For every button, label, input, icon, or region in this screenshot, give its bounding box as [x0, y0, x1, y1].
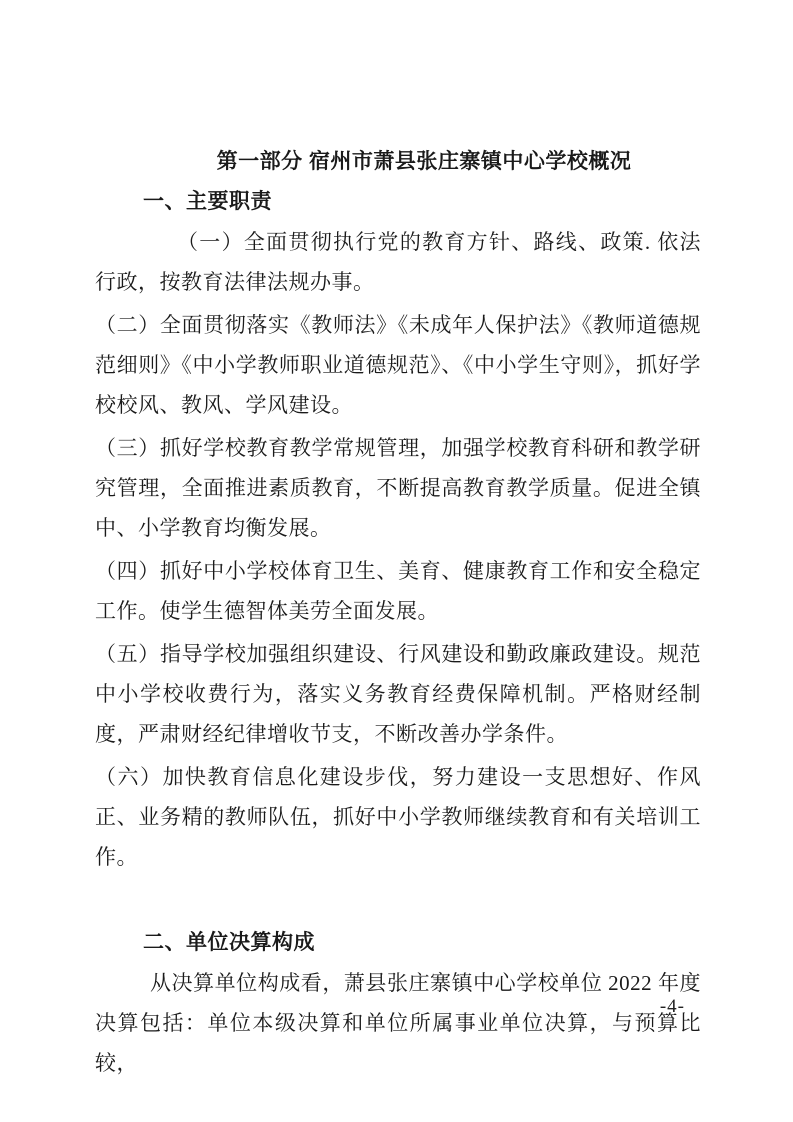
paragraph-duty-1: （一）全面贯彻执行党的教育方针、路线、政策. 依法行政，按教育法律法规办事。	[95, 222, 701, 302]
paragraph-duty-6: （六）加快教育信息化建设步伐，努力建设一支思想好、作风正、业务精的教师队伍，抓好…	[95, 757, 701, 877]
paragraph-budget-composition-1: 从决算单位构成看，萧县张庄寨镇中心学校单位 2022 年度决算包括：单位本级决算…	[95, 963, 701, 1083]
section-heading-budget-composition: 二、单位决算构成	[95, 923, 701, 963]
paragraph-duty-4: （四）抓好中小学校体育卫生、美育、健康教育工作和安全稳定工作。使学生德智体美劳全…	[95, 551, 701, 631]
paragraph-duty-3: （三）抓好学校教育教学常规管理，加强学校教育科研和教学研究管理，全面推进素质教育…	[95, 428, 701, 548]
paragraph-duty-2: （二）全面贯彻落实《教师法》《未成年人保护法》《教师道德规范细则》《中小学教师职…	[95, 305, 701, 425]
section-heading-main-duties: 一、主要职责	[95, 182, 701, 222]
document-content: 第一部分 宿州市萧县张庄寨镇中心学校概况 一、主要职责 （一）全面贯彻执行党的教…	[95, 142, 701, 1086]
section-budget-composition: 二、单位决算构成 从决算单位构成看，萧县张庄寨镇中心学校单位 2022 年度决算…	[95, 923, 701, 1083]
paragraph-duty-5: （五）指导学校加强组织建设、行风建设和勤政廉政建设。规范中小学校收费行为，落实义…	[95, 634, 701, 754]
section-main-duties: 一、主要职责 （一）全面贯彻执行党的教育方针、路线、政策. 依法行政，按教育法律…	[95, 182, 701, 877]
page-number: -4-	[660, 996, 685, 1018]
document-title: 第一部分 宿州市萧县张庄寨镇中心学校概况	[95, 142, 701, 182]
document-page: 第一部分 宿州市萧县张庄寨镇中心学校概况 一、主要职责 （一）全面贯彻执行党的教…	[0, 0, 793, 1122]
